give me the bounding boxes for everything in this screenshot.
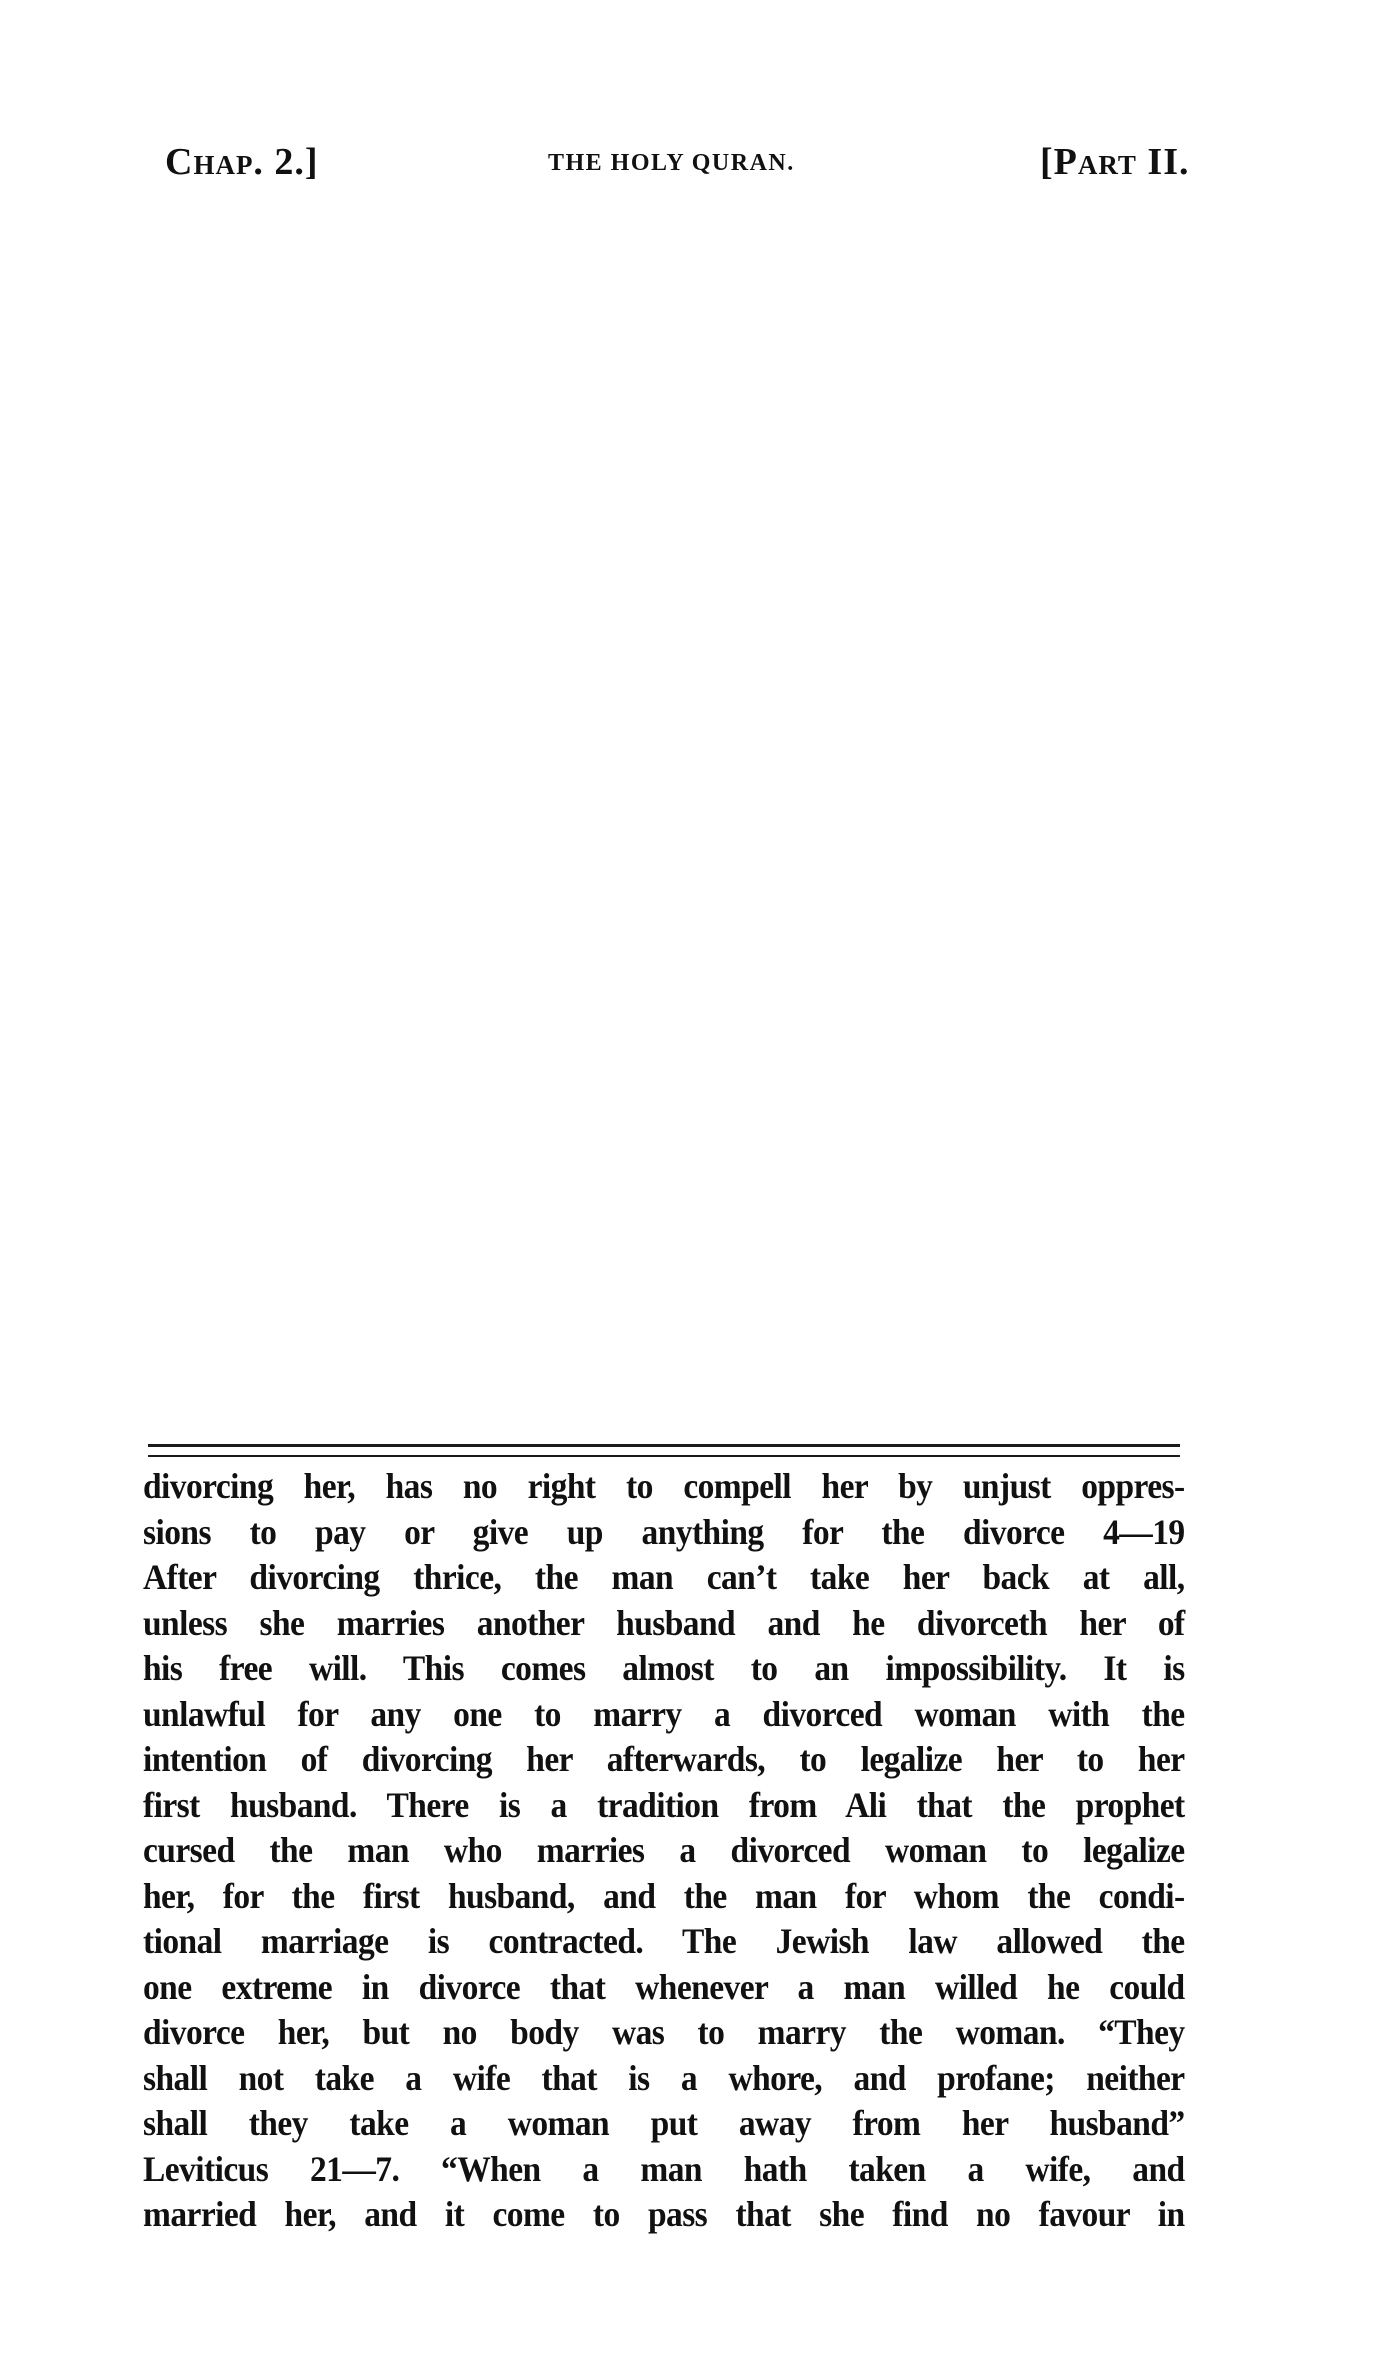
footnote-line: divorce her, but no body was to marry th… bbox=[143, 2010, 1185, 2056]
footnote-text: divorcing her, has no right to compell h… bbox=[143, 1464, 1185, 2238]
footnote-line: Leviticus 21—7. “When a man hath taken a… bbox=[143, 2147, 1185, 2193]
footnote-rule-bottom bbox=[148, 1455, 1180, 1457]
footnote-line: unless she marries another husband and h… bbox=[143, 1601, 1185, 1647]
footnote-line: married her, and it come to pass that sh… bbox=[143, 2192, 1185, 2238]
footnote-line: divorcing her, has no right to compell h… bbox=[143, 1464, 1185, 1510]
footnote-line: shall not take a wife that is a whore, a… bbox=[143, 2056, 1185, 2102]
footnote-line: first husband. There is a tradition from… bbox=[143, 1783, 1185, 1829]
footnote-line: shall they take a woman put away from he… bbox=[143, 2101, 1185, 2147]
footnote-line: her, for the first husband, and the man … bbox=[143, 1874, 1185, 1920]
footnote-rule-top bbox=[148, 1444, 1180, 1447]
blank-page-area bbox=[148, 200, 1180, 1430]
footnote-line: intention of divorcing her afterwards, t… bbox=[143, 1737, 1185, 1783]
running-head: Chap. 2.] THE HOLY QURAN. [Part II. bbox=[0, 140, 1400, 190]
book-title: THE HOLY QURAN. bbox=[548, 150, 795, 177]
footnote-line: sions to pay or give up anything for the… bbox=[143, 1510, 1185, 1556]
footnote-line: his free will. This comes almost to an i… bbox=[143, 1646, 1185, 1692]
chapter-label: Chap. 2.] bbox=[165, 140, 319, 184]
footnote-line: cursed the man who marries a divorced wo… bbox=[143, 1828, 1185, 1874]
footnote-line: one extreme in divorce that whenever a m… bbox=[143, 1965, 1185, 2011]
footnote-line: unlawful for any one to marry a divorced… bbox=[143, 1692, 1185, 1738]
footnote-line: After divorcing thrice, the man can’t ta… bbox=[143, 1555, 1185, 1601]
footnote-line: tional marriage is contracted. The Jewis… bbox=[143, 1919, 1185, 1965]
part-label: [Part II. bbox=[1040, 140, 1190, 184]
